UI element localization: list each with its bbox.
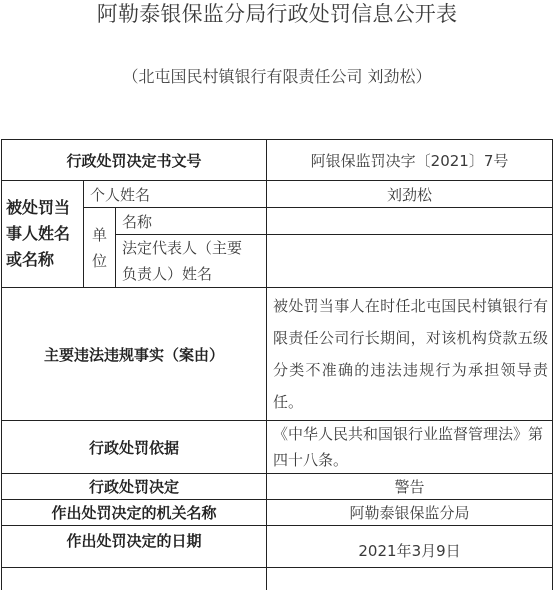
- authority-value: 阿勒泰银保监分局: [267, 500, 553, 526]
- row-violation-facts: 主要违法违规事实（案由） 被处罚当事人在时任北屯国民村镇银行有限责任公司行长期间…: [2, 288, 553, 421]
- party-label-line-2: 事人姓名: [6, 221, 83, 247]
- row-penalty-basis: 行政处罚依据 《中华人民共和国银行业监督管理法》第四十八条。: [2, 421, 553, 474]
- row-individual-name: 被处罚当 事人姓名 或名称 个人姓名 刘劲松: [2, 181, 553, 208]
- decision-date-value: 2021年3月9日: [267, 526, 553, 568]
- row-unit-name: 单 位 名称: [2, 208, 553, 235]
- violation-facts-value: 被处罚当事人在时任北屯国民村镇银行有限责任公司行长期间，对该机构贷款五级分类不准…: [267, 288, 553, 421]
- unit-name-label: 名称: [116, 208, 267, 235]
- authority-label: 作出处罚决定的机关名称: [2, 500, 267, 526]
- penalty-decision-value: 警告: [267, 474, 553, 500]
- party-label-line-1: 被处罚当: [6, 195, 83, 221]
- penalty-decision-label: 行政处罚决定: [2, 474, 267, 500]
- empty-right-cell: [267, 568, 553, 590]
- legal-rep-label-line-2: 负责人）姓名: [122, 261, 266, 287]
- row-penalty-decision: 行政处罚决定 警告: [2, 474, 553, 500]
- unit-name-value: [267, 208, 553, 235]
- party-label: 被处罚当 事人姓名 或名称: [2, 181, 84, 288]
- legal-rep-value: [267, 235, 553, 288]
- empty-left-cell: [2, 568, 267, 590]
- individual-name-label: 个人姓名: [84, 181, 267, 208]
- unit-label-line-1: 单: [84, 222, 115, 248]
- unit-label: 单 位: [84, 208, 116, 288]
- row-authority: 作出处罚决定的机关名称 阿勒泰银保监分局: [2, 500, 553, 526]
- individual-name-value: 刘劲松: [267, 181, 553, 208]
- page-title: 阿勒泰银保监分局行政处罚信息公开表: [0, 0, 554, 28]
- legal-rep-label-line-1: 法定代表人（主要: [122, 235, 266, 261]
- unit-label-line-2: 位: [84, 248, 115, 274]
- row-empty: [2, 568, 553, 590]
- decision-date-label: 作出处罚决定的日期: [2, 526, 267, 568]
- page-subtitle: （北屯国民村镇银行有限责任公司 刘劲松）: [0, 66, 554, 88]
- row-decision-date: 作出处罚决定的日期 2021年3月9日: [2, 526, 553, 568]
- penalty-info-table: 行政处罚决定书文号 阿银保监罚决字〔2021〕7号 被处罚当 事人姓名 或名称 …: [1, 139, 553, 590]
- decision-number-value: 阿银保监罚决字〔2021〕7号: [267, 140, 553, 181]
- penalty-basis-value: 《中华人民共和国银行业监督管理法》第四十八条。: [267, 421, 553, 474]
- party-label-line-3: 或名称: [6, 247, 83, 273]
- violation-facts-label: 主要违法违规事实（案由）: [2, 288, 267, 421]
- penalty-basis-label: 行政处罚依据: [2, 421, 267, 474]
- row-decision-number: 行政处罚决定书文号 阿银保监罚决字〔2021〕7号: [2, 140, 553, 181]
- decision-number-label: 行政处罚决定书文号: [2, 140, 267, 181]
- legal-rep-label: 法定代表人（主要 负责人）姓名: [116, 235, 267, 288]
